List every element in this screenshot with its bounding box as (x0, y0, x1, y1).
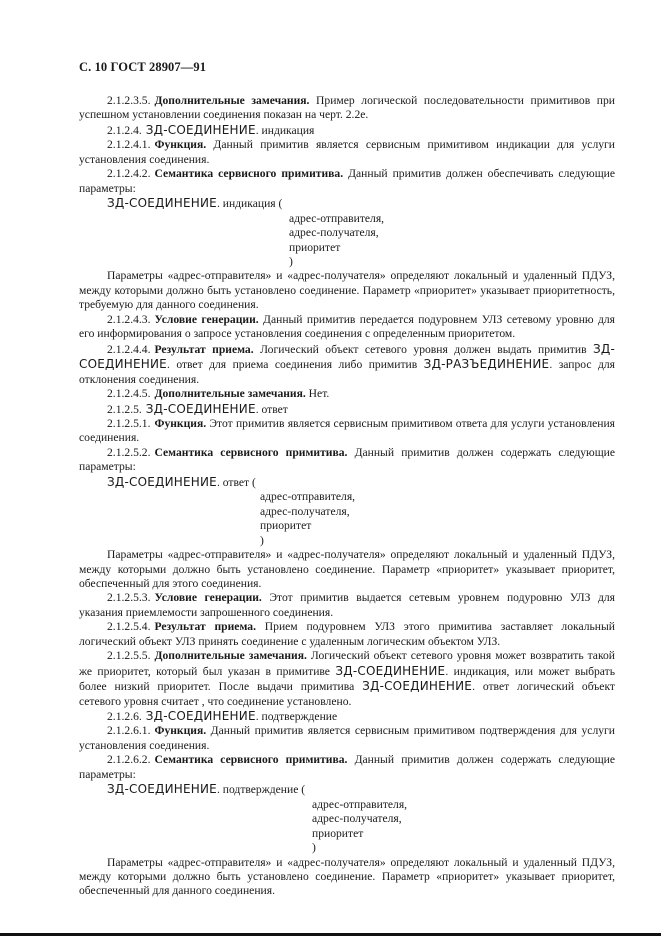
clause-heading: Результат приема. (154, 620, 256, 633)
parameter-close: ) (312, 841, 615, 855)
clause-number: 2.1.2.5.1. (107, 417, 150, 430)
clause-number: 2.1.2.4.5. (107, 387, 150, 400)
primitive-name: ЗД-СОЕДИНЕНИЕ (146, 709, 256, 723)
clause-heading: Условие генерации. (154, 313, 258, 326)
clause-number: 2.1.2.3.5. (107, 94, 150, 107)
primitive-signature: ЗД-СОЕДИНЕНИЕ. подтверждение ( (79, 782, 615, 797)
parameter-item: адрес-отправителя, (260, 490, 615, 504)
parameter-item: приоритет (260, 519, 615, 533)
clause-2-1-2-4-3: 2.1.2.4.3.Условие генерации. Данный прим… (79, 313, 615, 342)
primitive-name: ЗД-СОЕДИНЕНИЕ (146, 123, 256, 137)
clause-number: 2.1.2.6. (107, 710, 142, 723)
clause-heading: Функция. (154, 417, 206, 430)
clause-2-1-2-6: 2.1.2.6.ЗД-СОЕДИНЕНИЕ. подтверждение (79, 709, 615, 724)
parameter-item: адрес-получателя, (312, 812, 615, 826)
clause-number: 2.1.2.4.2. (107, 167, 150, 180)
clause-2-1-2-5-4: 2.1.2.5.4.Результат приема. Прием подуро… (79, 620, 615, 649)
clause-text: . ответ (256, 403, 288, 416)
clause-2-1-2-4-2: 2.1.2.4.2.Семантика сервисного примитива… (79, 167, 615, 196)
parameter-item: адрес-отправителя, (312, 798, 615, 812)
parameter-close: ) (260, 534, 615, 548)
clause-number: 2.1.2.4.4. (107, 343, 150, 356)
primitive-name: ЗД-СОЕДИНЕНИЕ (146, 402, 256, 416)
parameter-list: адрес-отправителя, адрес-получателя, при… (79, 490, 615, 548)
primitive-name: ЗД-СОЕДИНЕНИЕ (107, 782, 217, 796)
primitive-name: ЗД-РАЗЪЕДИНЕНИЕ (424, 357, 550, 371)
primitive-name: ЗД-СОЕДИНЕНИЕ (107, 196, 217, 210)
clause-2-1-2-5-1: 2.1.2.5.1.Функция. Этот примитив являетс… (79, 417, 615, 446)
parameters-description: Параметры «адрес-отправителя» и «адрес-п… (79, 548, 615, 591)
clause-2-1-2-5-2: 2.1.2.5.2.Семантика сервисного примитива… (79, 446, 615, 475)
clause-2-1-2-4-5: 2.1.2.4.5.Дополнительные замечания. Нет. (79, 387, 615, 401)
primitive-name: ЗД-СОЕДИНЕНИЕ (362, 679, 472, 693)
clause-number: 2.1.2.6.2. (107, 753, 150, 766)
clause-number: 2.1.2.4. (107, 124, 142, 137)
clause-2-1-2-5: 2.1.2.5.ЗД-СОЕДИНЕНИЕ. ответ (79, 402, 615, 417)
clause-number: 2.1.2.5.3. (107, 591, 150, 604)
clause-heading: Семантика сервисного примитива. (154, 167, 343, 180)
parameter-item: приоритет (312, 827, 615, 841)
clause-heading: Дополнительные замечания. (154, 387, 305, 400)
primitive-suffix: . индикация ( (217, 197, 282, 210)
clause-heading: Функция. (154, 724, 206, 737)
clause-text: Логический объект сетевого уровня должен… (254, 343, 593, 356)
document-body: 2.1.2.3.5.Дополнительные замечания. Прим… (79, 94, 615, 899)
clause-heading: Семантика сервисного примитива. (154, 753, 347, 766)
clause-heading: Условие генерации. (154, 591, 261, 604)
clause-number: 2.1.2.6.1. (107, 724, 150, 737)
clause-text: . подтверждение (256, 710, 337, 723)
clause-heading: Дополнительные замечания. (154, 94, 309, 107)
parameter-close: ) (289, 255, 615, 269)
clause-2-1-2-4: 2.1.2.4.ЗД-СОЕДИНЕНИЕ. индикация (79, 123, 615, 138)
clause-2-1-2-3-5: 2.1.2.3.5.Дополнительные замечания. Прим… (79, 94, 615, 123)
page-header: С. 10 ГОСТ 28907—91 (79, 60, 206, 75)
parameter-item: адрес-получателя, (260, 505, 615, 519)
clause-2-1-2-6-1: 2.1.2.6.1.Функция. Данный примитив являе… (79, 724, 615, 753)
clause-number: 2.1.2.5.5. (107, 649, 150, 662)
clause-2-1-2-6-2: 2.1.2.6.2.Семантика сервисного примитива… (79, 753, 615, 782)
clause-number: 2.1.2.5.2. (107, 446, 150, 459)
clause-number: 2.1.2.5. (107, 403, 142, 416)
primitive-suffix: . подтверждение ( (217, 783, 305, 796)
primitive-name: ЗД-СОЕДИНЕНИЕ (107, 475, 217, 489)
clause-2-1-2-5-5: 2.1.2.5.5.Дополнительные замечания. Логи… (79, 649, 615, 709)
primitive-signature: ЗД-СОЕДИНЕНИЕ. ответ ( (79, 475, 615, 490)
parameter-item: приоритет (289, 241, 615, 255)
clause-2-1-2-4-4: 2.1.2.4.4.Результат приема. Логический о… (79, 342, 615, 387)
clause-text: . ответ для приема соединения либо прими… (167, 358, 424, 371)
parameter-list: адрес-отправителя, адрес-получателя, при… (79, 798, 615, 856)
primitive-signature: ЗД-СОЕДИНЕНИЕ. индикация ( (79, 196, 615, 211)
parameter-item: адрес-отправителя, (289, 212, 615, 226)
clause-2-1-2-4-1: 2.1.2.4.1.Функция. Данный примитив являе… (79, 138, 615, 167)
clause-text: . индикация (256, 124, 315, 137)
clause-heading: Функция. (154, 138, 206, 151)
primitive-name: ЗД-СОЕДИНЕНИЕ (335, 664, 445, 678)
clause-heading: Результат приема. (154, 343, 253, 356)
parameter-list: адрес-отправителя, адрес-получателя, при… (79, 212, 615, 270)
parameters-description: Параметры «адрес-отправителя» и «адрес-п… (79, 269, 615, 312)
clause-heading: Дополнительные замечания. (154, 649, 306, 662)
clause-heading: Семантика сервисного примитива. (154, 446, 347, 459)
clause-2-1-2-5-3: 2.1.2.5.3.Условие генерации. Этот примит… (79, 591, 615, 620)
primitive-suffix: . ответ ( (217, 476, 256, 489)
parameters-description: Параметры «адрес-отправителя» и «адрес-п… (79, 856, 615, 899)
clause-number: 2.1.2.5.4. (107, 620, 150, 633)
parameter-item: адрес-получателя, (289, 226, 615, 240)
clause-number: 2.1.2.4.3. (107, 313, 150, 326)
clause-text: Нет. (306, 387, 330, 400)
clause-number: 2.1.2.4.1. (107, 138, 150, 151)
